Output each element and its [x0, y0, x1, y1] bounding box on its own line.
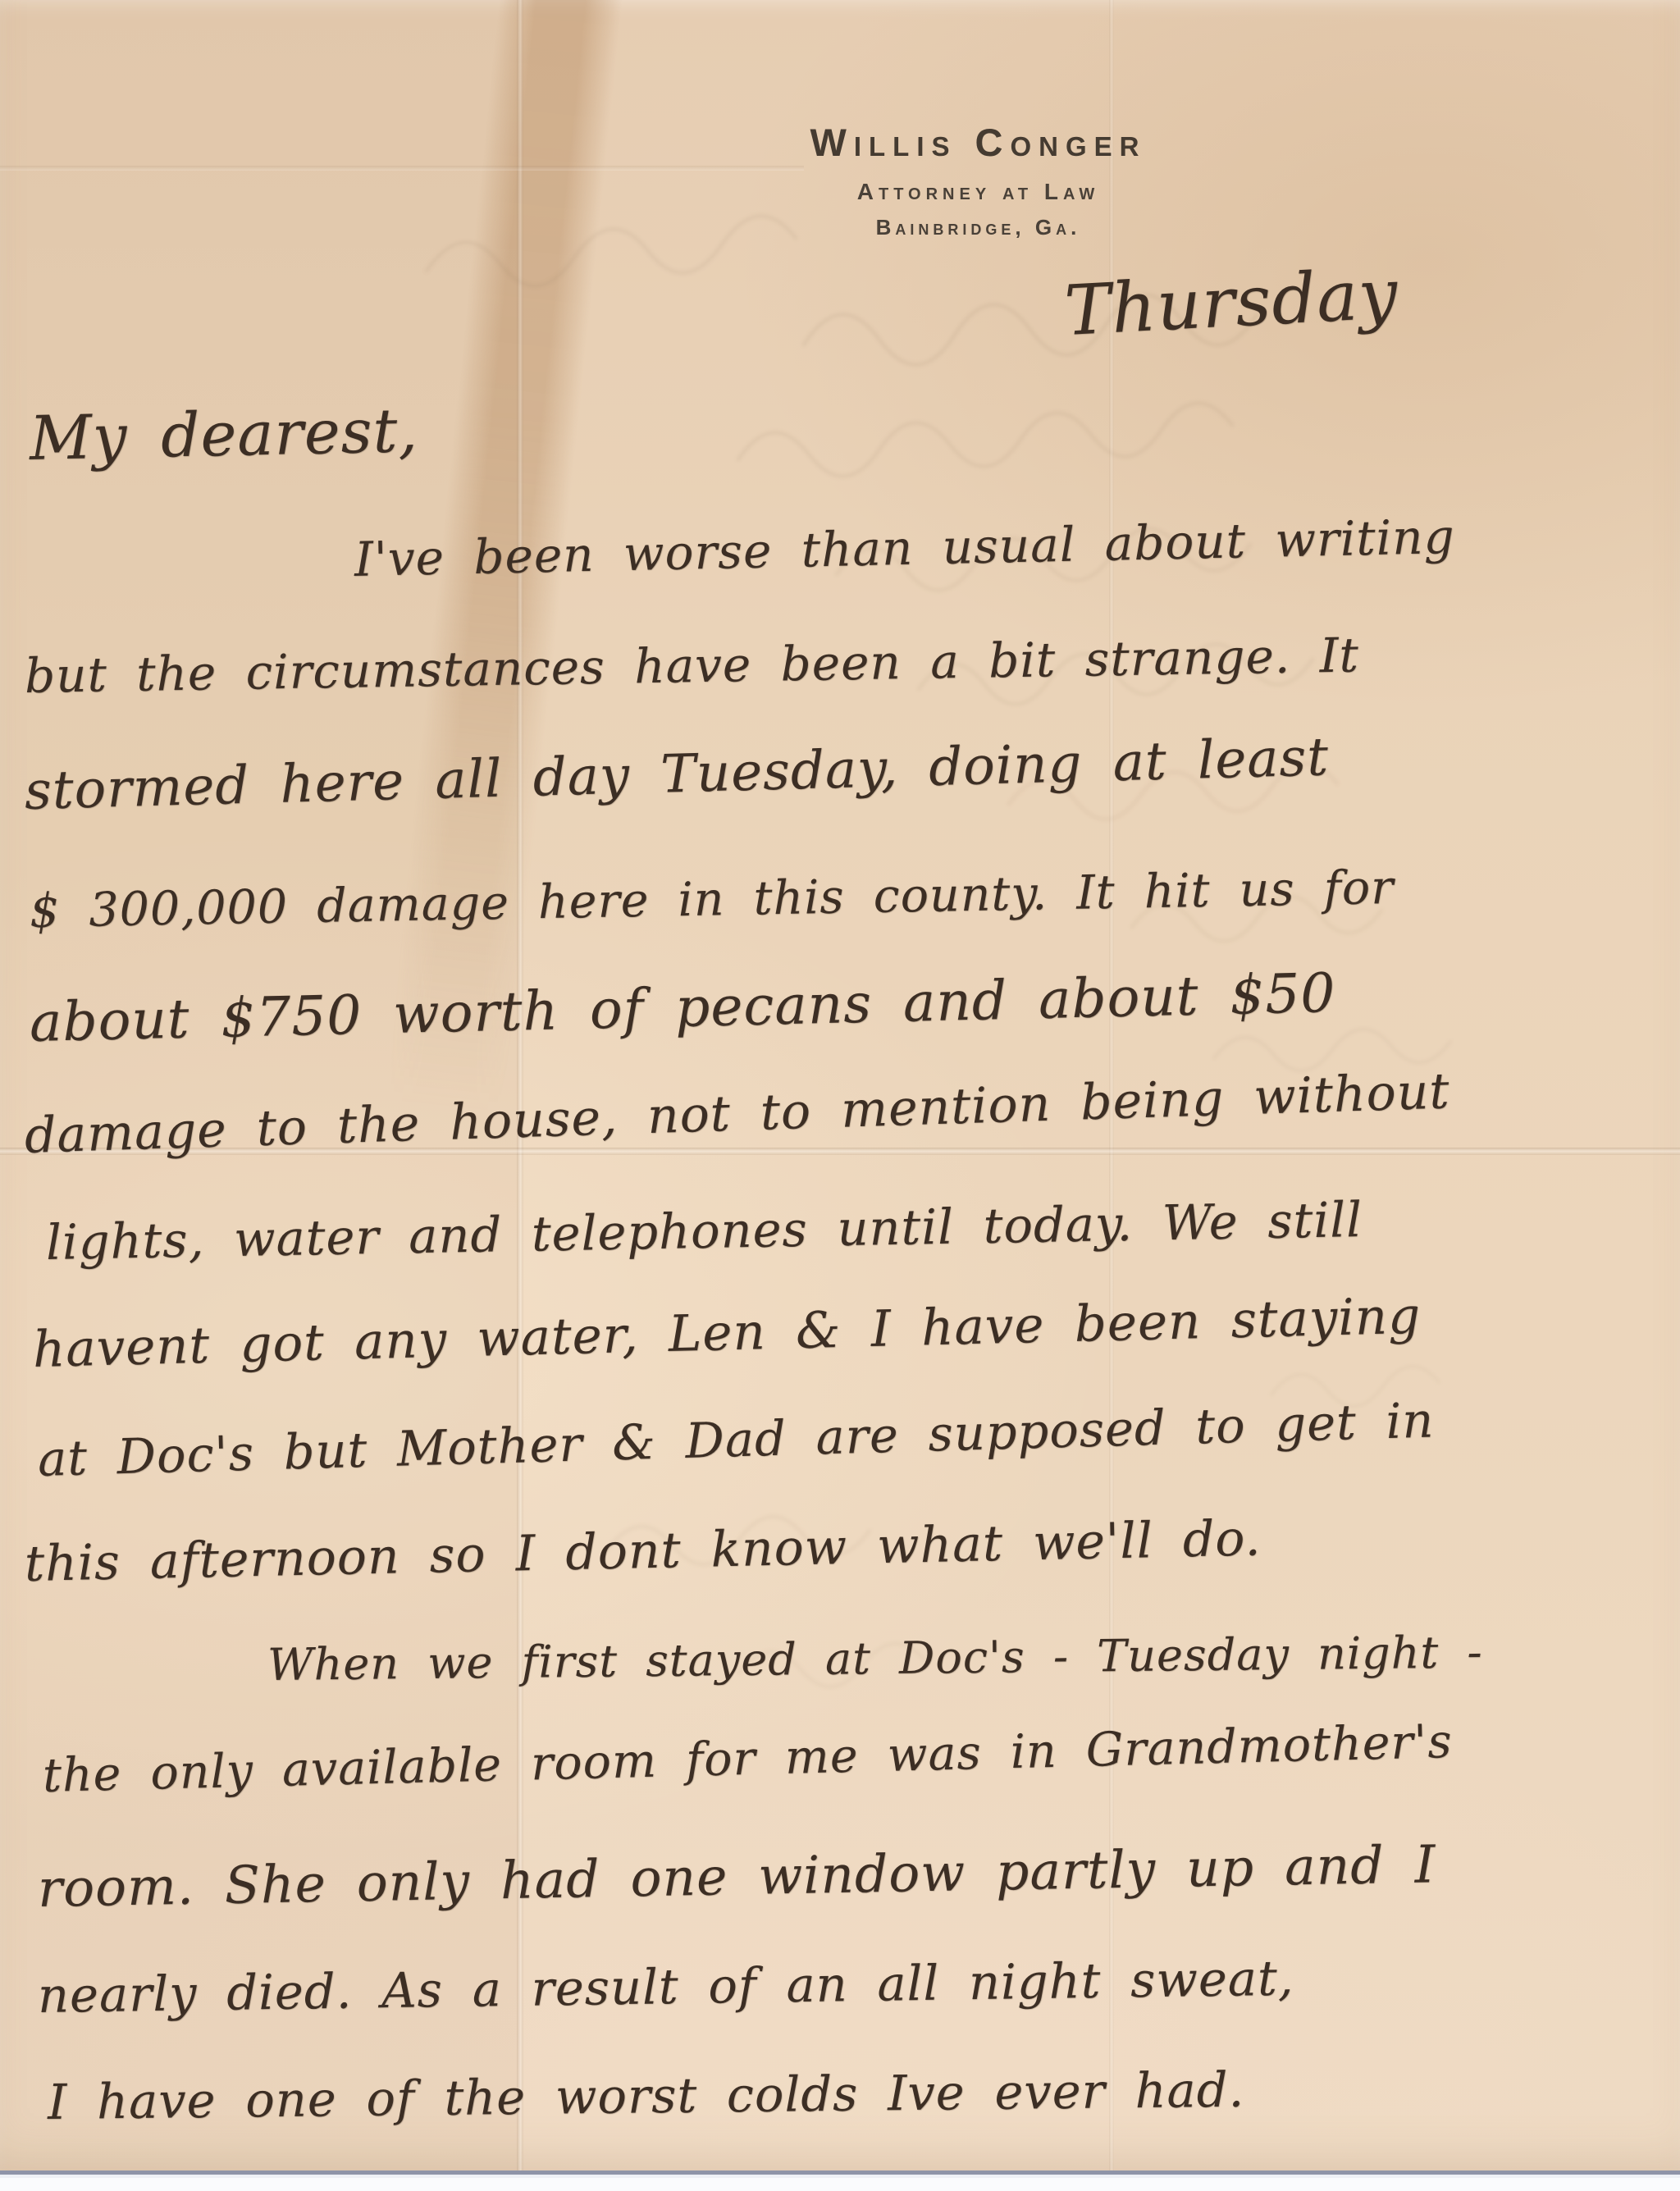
- letterhead-location: Bainbridge, Ga.: [705, 215, 1251, 240]
- letterhead-name: Willis Conger: [705, 120, 1251, 165]
- letter-line-15: I have one of the worst colds Ive ever h…: [48, 2061, 1245, 2130]
- salutation: My dearest,: [29, 395, 418, 474]
- letterhead-title: Attorney at Law: [705, 179, 1251, 205]
- letterhead: Willis Conger Attorney at Law Bainbridge…: [705, 120, 1251, 240]
- letter-paper: Willis Conger Attorney at Law Bainbridge…: [0, 0, 1680, 2175]
- date-line: Thursday: [1062, 253, 1399, 351]
- scanner-edge: [0, 2170, 1680, 2191]
